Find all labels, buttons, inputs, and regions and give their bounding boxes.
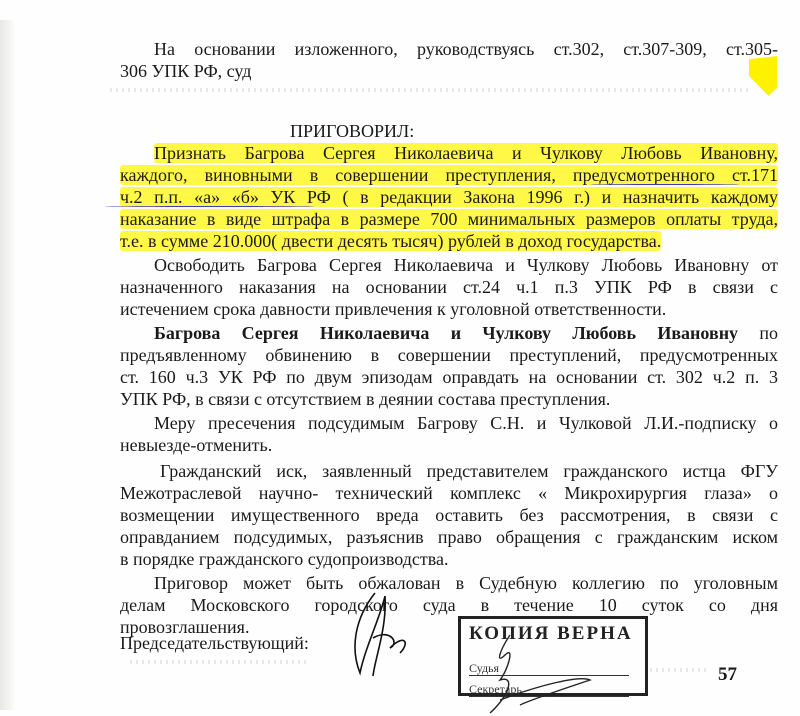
- verdict-text-5: т.е. в сумме 210.000( двести десять тыся…: [120, 231, 661, 251]
- verdict-line-2: каждого, виновными в совершении преступл…: [120, 164, 778, 186]
- verdict-line-4: наказание в виде штрафа в размере 700 ми…: [120, 208, 778, 230]
- verdict-text-2: каждого, виновными в совершении преступл…: [120, 165, 778, 185]
- civil-claim-line-4: оправданием подсудимых, разъяснив право …: [120, 526, 778, 548]
- civil-claim-line-2: Межотраслевой научно- технический компле…: [120, 482, 778, 504]
- pen-underline-1: [590, 184, 740, 185]
- acquittal-line-2: предъявленному обвинению в совершении пр…: [120, 344, 778, 366]
- intro-line-2: 306 УПК РФ, суд: [120, 60, 778, 82]
- judge-signature-icon: [345, 588, 415, 678]
- acquittal-line-1: Багрова Сергея Николаевича и Чулкову Люб…: [120, 322, 778, 344]
- acquittal-line-3: ст. 160 ч.3 УК РФ по двум эпизодам оправ…: [120, 366, 778, 388]
- verdict-line-3: ч.2 п.п. «а» «б» УК РФ ( в редакции Зако…: [120, 186, 778, 208]
- verdict-heading: ПРИГОВОРИЛ:: [290, 120, 414, 142]
- verdict-line-1: Признать Багрова Сергея Николаевича и Чу…: [120, 142, 778, 164]
- page-left-edge: [0, 20, 16, 710]
- scan-noise: [650, 668, 710, 672]
- verdict-line-5: т.е. в сумме 210.000( двести десять тыся…: [120, 230, 778, 252]
- release-line-3: истечением срока давности привлечения к …: [120, 298, 778, 320]
- civil-claim-line-3: возмещении имущественного вреда оставить…: [120, 504, 778, 526]
- civil-claim-line-5: в порядке гражданского судопроизводства.: [120, 548, 778, 570]
- pen-underline-2: [105, 206, 315, 207]
- release-line-2: назначенного наказания на основании ст.2…: [120, 276, 778, 298]
- civil-claim-line-1: Гражданский иск, заявленный представител…: [120, 460, 778, 482]
- scanned-document-page: На основании изложенного, руководствуясь…: [0, 0, 800, 716]
- verdict-text-3: ч.2 п.п. «а» «б» УК РФ ( в редакции Зако…: [120, 187, 778, 207]
- acquittal-line-4: УПК РФ, в связи с отсутствием в деянии с…: [120, 388, 778, 410]
- acquittal-names: Багрова Сергея Николаевича и Чулкову Люб…: [154, 323, 738, 343]
- restraint-line-1: Меру пресечения подсудимым Багрову С.Н. …: [120, 412, 778, 434]
- intro-line-1: На основании изложенного, руководствуясь…: [120, 38, 778, 60]
- verdict-text-4: наказание в виде штрафа в размере 700 ми…: [120, 209, 778, 229]
- appeal-line-2: делам Московского городского суда в тече…: [120, 594, 778, 616]
- scan-noise: [110, 88, 750, 92]
- presiding-judge-label: Председательствующий:: [120, 632, 309, 654]
- restraint-line-2: невыезде-отменить.: [120, 434, 778, 456]
- release-line-1: Освободить Багрова Сергея Николаевича и …: [120, 254, 778, 276]
- verdict-text-1: Признать Багрова Сергея Николаевича и Чу…: [154, 143, 778, 163]
- acquittal-po: по: [759, 323, 778, 343]
- appeal-line-1: Приговор может быть обжалован в Судебную…: [120, 572, 778, 594]
- scan-noise: [130, 660, 310, 664]
- page-number: 57: [718, 664, 737, 686]
- stamp-signature-icon: [470, 625, 610, 715]
